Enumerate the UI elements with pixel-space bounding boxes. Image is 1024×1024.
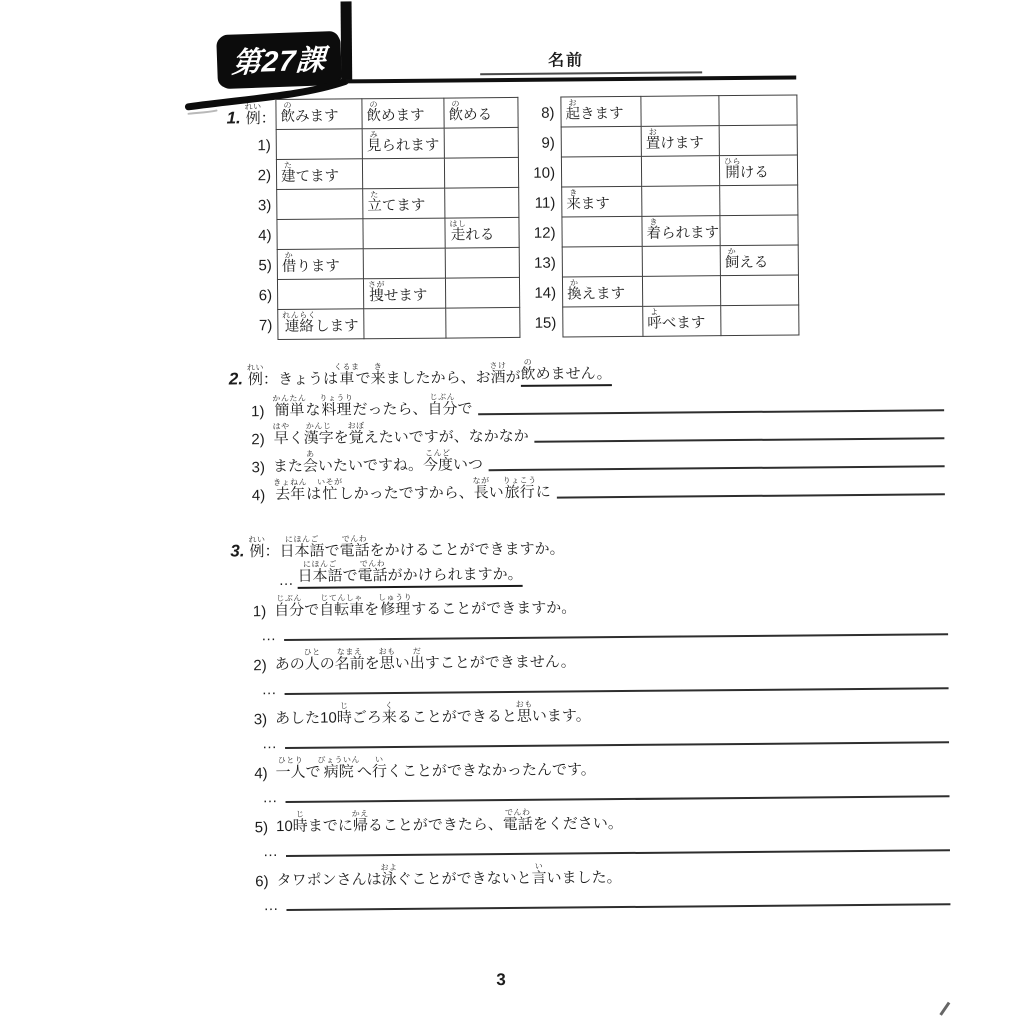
conjugation-cell <box>642 186 720 217</box>
table-row: 連絡れんらくします <box>278 307 520 339</box>
sentence-text: また会あいたいですね。今度こんどいつ <box>273 448 483 476</box>
conjugation-cell <box>363 248 445 279</box>
example-underlined-answer: 飲のめません。 <box>520 357 611 387</box>
item-number: 4) <box>252 487 265 504</box>
conjugation-cell <box>276 129 362 160</box>
conjugation-cell: 建たてます <box>276 159 362 190</box>
exercise-number: 2. <box>229 369 243 389</box>
row-number: 12) <box>515 217 555 247</box>
item-number: 3) <box>252 459 265 476</box>
table-row: 見みられます <box>276 127 518 159</box>
item-number: 4) <box>254 765 267 782</box>
conjugation-cell: 着きられます <box>642 216 720 247</box>
conjugation-cell <box>642 276 720 307</box>
row-number: 9) <box>515 127 555 157</box>
table-row: 飲のみます飲のめます飲のめる <box>276 97 518 129</box>
row-number-column-right: 8) 9) 10) 11) 12) 13) 14) 15) <box>514 97 556 337</box>
exercise-1-heading: 1. 例れい： <box>226 101 275 131</box>
page-number: 3 <box>486 970 516 990</box>
table-row: 飼かえる <box>562 245 798 277</box>
table-row: 借かります <box>277 247 519 279</box>
example-sentence: きょうは車くるまで来きましたから、お酒さけが <box>278 361 521 389</box>
row-number: 1) <box>235 129 271 159</box>
sentence-text: 簡単かんたんな料理りょうりだったら、自分じぶんで <box>272 392 472 420</box>
ellipsis: … <box>263 897 278 914</box>
conjugation-cell <box>642 246 720 277</box>
conjugation-cell: 飼かえる <box>720 245 798 276</box>
sentence-text: 一人ひとりで病院びょういんへ行いくことができなかったんです。 <box>275 753 595 782</box>
sentence-text: 早はやく漢字かんじを覚おぼえたいですが、なかなか <box>273 420 529 448</box>
conjugation-cell <box>641 156 719 187</box>
header-vertical-bar <box>341 1 353 81</box>
conjugation-cell <box>562 216 642 247</box>
conjugation-cell: 連絡れんらくします <box>278 309 364 340</box>
answer-line <box>557 493 945 498</box>
conjugation-cell: 飲のめます <box>362 98 444 129</box>
sentence-text: 10時じまでに帰かえることができたら、電話でんわをください。 <box>276 807 623 836</box>
sentence-item: 3) あした10時じごろ来くることができると思おもいます。 … <box>232 692 949 752</box>
conjugation-cell: 起おきます <box>561 96 641 127</box>
conjugation-cell: 来きます <box>562 186 642 217</box>
row-number: 14) <box>516 277 556 307</box>
row-number: 10) <box>515 157 555 187</box>
conjugation-cell: 飲のみます <box>276 99 362 130</box>
example-label: 例れい： <box>245 102 276 128</box>
exercise-2: 2. 例れい： きょうは車くるまで来きましたから、お酒さけが 飲のめません。 1… <box>229 358 945 504</box>
item-number: 1) <box>251 403 264 420</box>
table-row: 置おけます <box>561 125 797 157</box>
sentence-text: あの人ひとの名前なまえを思おもい出だすことができません。 <box>275 645 576 674</box>
name-label: 名前 <box>548 47 584 70</box>
conjugation-cell <box>641 96 719 127</box>
answer-line <box>286 903 950 911</box>
sentence-item: 4) 一人ひとりで病院びょういんへ行いくことができなかったんです。 … <box>232 746 949 806</box>
example-question: 日本語にほんごで電話でんわをかけることができますか。 <box>279 533 564 561</box>
row-number: 4) <box>235 219 271 249</box>
conjugation-cell <box>362 158 444 189</box>
item-number: 6) <box>255 873 268 890</box>
conjugation-cell <box>363 218 445 249</box>
conjugation-cell: 飲のめる <box>444 97 518 128</box>
table-row: 走はしれる <box>277 217 519 249</box>
conjugation-cell: 借かります <box>277 249 363 280</box>
sentence-item: 5) 10時じまでに帰かえることができたら、電話でんわをください。 … <box>233 800 950 860</box>
worksheet-page: 第27課 名前 1. 例れい： 1) 2) 3) 4) 5) 6) 7) 飲のみ… <box>0 0 1024 1024</box>
conjugation-cell: 呼よべます <box>643 306 721 337</box>
conjugation-cell: 置おけます <box>641 126 719 157</box>
sentence-item: 1) 自分じぶんで自転車じてんしゃを修理しゅうりすることができますか。 … <box>231 584 948 644</box>
conjugation-cell <box>720 185 798 216</box>
table-row: 立たてます <box>277 187 519 219</box>
conjugation-cell <box>562 246 642 277</box>
conjugation-cell <box>720 215 798 246</box>
conjugation-cell: 開ひらける <box>719 155 797 186</box>
conjugation-cell <box>277 219 363 250</box>
header-rule <box>346 76 796 84</box>
sentence-item: 2) あの人ひとの名前なまえを思おもい出だすことができません。 … <box>231 638 948 698</box>
table-row: 着きられます <box>562 215 798 247</box>
conjugation-cell <box>563 306 643 337</box>
conjugation-cell <box>719 125 797 156</box>
row-number: 11) <box>515 187 555 217</box>
conjugation-cell <box>277 189 363 220</box>
row-number: 2) <box>235 159 271 189</box>
item-number: 2) <box>253 657 266 674</box>
ellipsis: … <box>263 843 278 860</box>
table-row: 建たてます <box>276 157 518 189</box>
ellipsis: … <box>279 572 294 589</box>
table-row: 起おきます <box>561 95 797 127</box>
row-number-column-left: 1) 2) 3) 4) 5) 6) 7) <box>235 129 273 339</box>
sentence-text: 自分じぶんで自転車じてんしゃを修理しゅうりすることができますか。 <box>274 591 576 620</box>
ellipsis: … <box>262 735 277 752</box>
ellipsis: … <box>261 681 276 698</box>
conjugation-cell <box>277 279 363 310</box>
example-answer: 日本語にほんごで電話でんわがかけられますか。 <box>297 558 522 589</box>
item-number: 3) <box>254 711 267 728</box>
row-number: 15) <box>516 307 556 337</box>
conjugation-cell: 見みられます <box>362 128 444 159</box>
exercise-3: 3. 例れい： 日本語にほんごで電話でんわをかけることができますか。 … 日本語… <box>230 528 950 914</box>
conjugation-table-right: 起おきます 置おけます 開ひらける 来きます 着きられます 飼かえる 換かえます… <box>560 94 799 337</box>
row-number: 13) <box>516 247 556 277</box>
conjugation-cell: 立たてます <box>363 188 445 219</box>
item-number: 1) <box>253 603 266 620</box>
example-label: 例れい： <box>248 535 279 561</box>
sentence-text: 去年きょねんは忙いそがしかったですから、長ながい旅行りょこうに <box>273 476 551 504</box>
conjugation-cell <box>721 305 799 336</box>
exercise-number: 3. <box>230 541 244 561</box>
table-row: 捜さがせます <box>277 277 519 309</box>
ellipsis: … <box>261 627 276 644</box>
conjugation-cell <box>364 308 446 339</box>
item-number: 5) <box>255 819 268 836</box>
conjugation-cell <box>720 275 798 306</box>
corner-mark <box>939 1002 950 1016</box>
conjugation-cell <box>444 127 518 158</box>
row-number: 6) <box>236 279 272 309</box>
conjugation-cell <box>445 277 519 308</box>
table-row: 開ひらける <box>561 155 797 187</box>
conjugation-cell <box>719 95 797 126</box>
conjugation-cell <box>445 187 519 218</box>
conjugation-cell <box>561 126 641 157</box>
table-row: 換かえます <box>562 275 798 307</box>
row-number: 7) <box>236 309 272 339</box>
conjugation-cell <box>446 307 520 338</box>
row-number: 3) <box>235 189 271 219</box>
conjugation-cell <box>444 157 518 188</box>
sentence-text: あした10時じごろ来くることができると思おもいます。 <box>275 699 591 728</box>
name-input-line <box>480 71 702 75</box>
conjugation-cell <box>445 247 519 278</box>
conjugation-cell: 換かえます <box>562 276 642 307</box>
conjugation-cell: 捜さがせます <box>363 278 445 309</box>
row-number: 8) <box>514 97 554 127</box>
conjugation-table-left: 飲のみます飲のめます飲のめる 見みられます 建たてます 立たてます 走はしれる … <box>275 97 520 340</box>
example-label: 例れい： <box>247 363 278 389</box>
row-number: 5) <box>236 249 272 279</box>
exercise-number: 1. <box>226 108 240 128</box>
sentence-item: 6) タワポンさんは泳およぐことができないと言いいました。 … <box>233 854 950 914</box>
table-row: 来きます <box>562 185 798 217</box>
item-number: 2) <box>251 431 264 448</box>
ellipsis: … <box>262 789 277 806</box>
sentence-text: タワポンさんは泳およぐことができないと言いいました。 <box>276 861 621 890</box>
conjugation-cell <box>561 156 641 187</box>
conjugation-cell: 走はしれる <box>445 217 519 248</box>
table-row: 呼よべます <box>563 305 799 337</box>
